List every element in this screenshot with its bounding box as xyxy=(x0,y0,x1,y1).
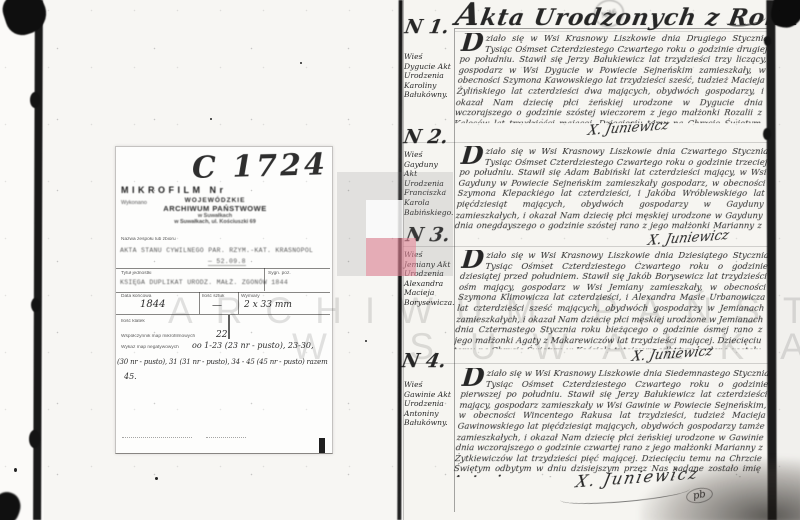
stamp-line: ARCHIWUM PAŃSTWOWE xyxy=(144,204,286,213)
dust-speck xyxy=(155,477,158,480)
field-value-unit-title: KSIĘGA DUPLIKAT URODZ. MAŁŻ. ZGONÓW 1844 xyxy=(120,279,288,286)
edge-blemish xyxy=(29,430,40,448)
entry-separator xyxy=(403,142,768,143)
microfilm-number: C 1724 xyxy=(192,147,329,186)
entry-1-number: N 1. xyxy=(403,16,451,38)
archive-office-stamp: WOJEWÓDZKIE ARCHIWUM PAŃSTWOWE w Suwałka… xyxy=(144,197,286,225)
entry-3-text: Działo się w Wsi Krasnowy Liszkowie dnia… xyxy=(454,250,770,349)
film-margin-right xyxy=(776,0,800,520)
card-fine-print xyxy=(122,437,192,438)
field-label-unit-title: Tytuł jednostki xyxy=(121,271,151,276)
microfilm-card: C 1724 MIKROFILM Nr Wykonano WOJEWÓDZKIE… xyxy=(115,146,333,454)
entry-2-number: N 2. xyxy=(402,126,450,148)
entry-1-text-before: Działo się w Wsi Krasnowy Liszkowie dnia… xyxy=(454,33,769,123)
entry-3-text-before: Działo się w Wsi Krasnowy Liszkowie dnia… xyxy=(454,250,770,349)
dust-speck xyxy=(14,468,17,472)
margin-divider xyxy=(454,28,455,512)
archive-logo-white-block xyxy=(366,200,403,238)
stamp-line: w Suwałkach, ul. Kościuszki 69 xyxy=(144,219,286,225)
field-value-count: — xyxy=(212,300,222,311)
entry-separator xyxy=(403,246,768,247)
card-rule xyxy=(199,292,200,314)
field-value-negatives-1: oo 1-23 (23 nr - pusto), 23-30, xyxy=(192,341,314,350)
dust-speck xyxy=(365,340,367,342)
entry-2-text-before: Działo się w Wsi Krasnowy Liszkowie dnia… xyxy=(454,146,769,232)
card-rule xyxy=(238,292,239,314)
card-edge-mark xyxy=(319,438,325,453)
field-value-negatives-2: (30 nr - pusto), 31 (31 nr - pusto), 34 … xyxy=(117,358,328,366)
edge-blemish xyxy=(764,36,771,46)
archive-logo-red-block xyxy=(366,238,416,276)
card-rule xyxy=(116,268,330,269)
entry-1-text: Działo się w Wsi Krasnowy Liszkowie dnia… xyxy=(454,33,769,123)
entry-4-number: N 4. xyxy=(400,350,448,372)
stamp-line: WOJEWÓDZKIE xyxy=(144,197,286,204)
field-label-count: Ilość sztuk xyxy=(202,294,224,299)
film-edge-right xyxy=(766,0,776,520)
field-label-fonds-name: Nazwa zespołu lub zbioru xyxy=(121,237,176,242)
entry-2-text: Działo się w Wsi Krasnowy Liszkowie dnia… xyxy=(454,146,769,232)
edge-blemish xyxy=(30,92,40,108)
entry-separator xyxy=(403,363,768,364)
field-label-negatives: Wykaz map negatywowych xyxy=(121,345,179,350)
edge-blemish xyxy=(31,298,40,312)
field-value-negatives-3: 45. xyxy=(124,372,137,381)
entry-1-margin-note: Wieś Dygucie Akt Urodzenia Karoliny Bału… xyxy=(404,52,452,100)
field-value-coefficient: 22 xyxy=(216,330,227,340)
field-label-coefficient: Współczynnik map mikrofilmowych xyxy=(121,334,195,339)
field-label-frames: Ilość klatek xyxy=(121,319,145,324)
dust-speck xyxy=(300,62,302,64)
corner-stain-bottom-left xyxy=(0,488,25,520)
card-rule xyxy=(116,292,330,293)
corner-smudge-bottom-right xyxy=(640,458,800,520)
entry-4-child-name: Antonina xyxy=(453,472,520,477)
field-value-fonds-ref: — 52.09.8 xyxy=(208,258,246,266)
field-value-end-date: 1844 xyxy=(140,299,165,310)
entry-4-margin-note: Wieś Gawinie Akt Urodzenia Antoniny Bału… xyxy=(404,380,452,428)
card-fine-print xyxy=(206,437,246,438)
field-label-signature: Sygn. poz. xyxy=(268,271,291,276)
edge-blemish xyxy=(763,128,771,140)
field-value-fonds-name: AKTA STANU CYWILNEGO PAR. RZYM.-KAT. KRA… xyxy=(120,247,313,254)
field-value-dimensions: 2 x 33 mm xyxy=(244,300,292,310)
microfilm-scan-frame: C 1724 MIKROFILM Nr Wykonano WOJEWÓDZKIE… xyxy=(0,0,800,520)
card-rule xyxy=(116,314,330,315)
microfilm-label: MIKROFILM Nr xyxy=(121,185,227,195)
dust-speck xyxy=(210,118,212,120)
card-rule xyxy=(228,315,230,339)
field-label-dimensions: Wymiary xyxy=(241,294,260,299)
